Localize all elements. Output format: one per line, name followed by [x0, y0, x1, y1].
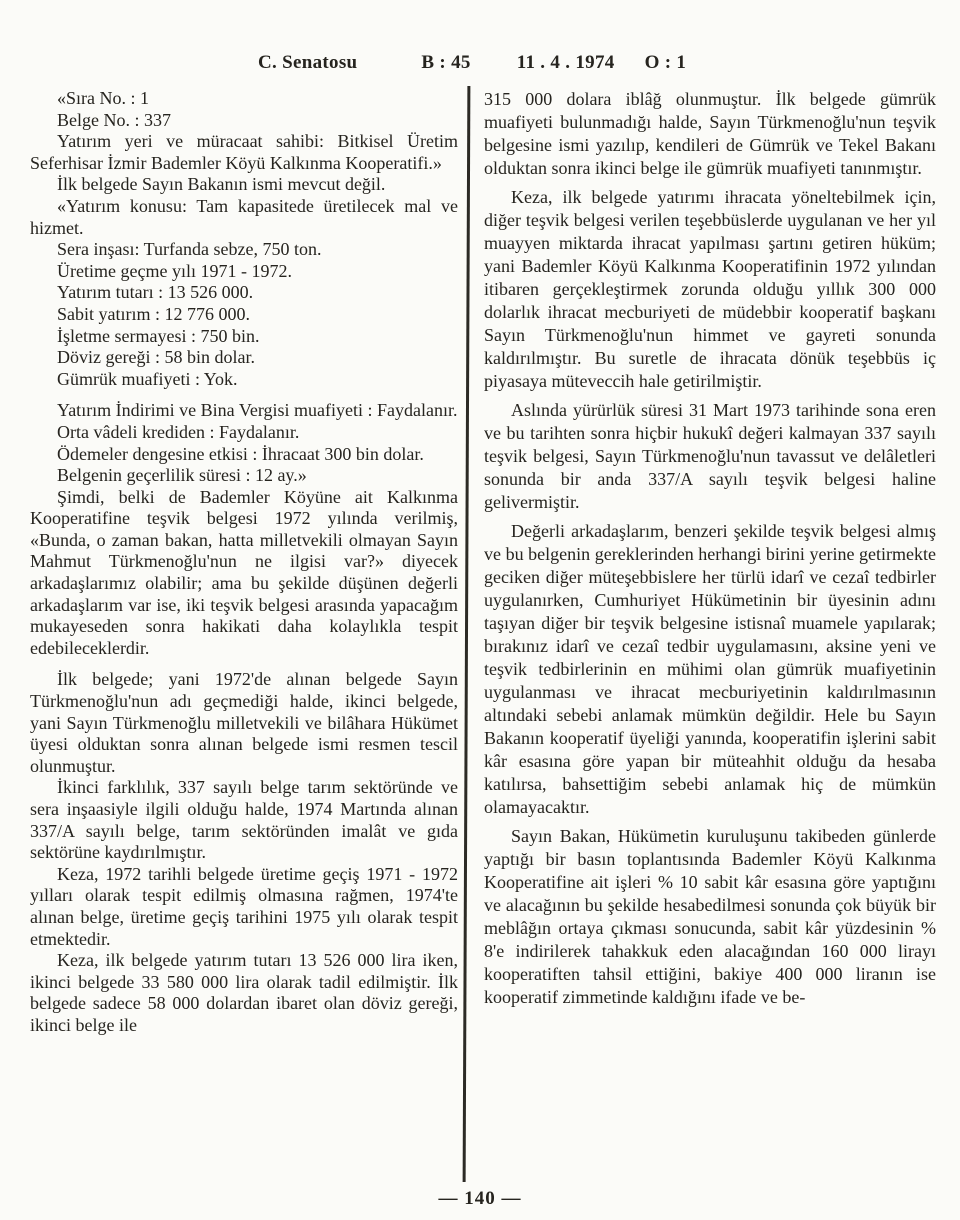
paragraph: İkinci farklılık, 337 sayılı belge tarım…	[30, 777, 458, 863]
scanned-document-page: C. Senatosu B : 45 11 . 4 . 1974 O : 1 «…	[0, 0, 960, 1220]
paragraph: Üretime geçme yılı 1971 - 1972.	[30, 261, 458, 283]
sitting-number: O : 1	[645, 52, 687, 74]
paragraph: Aslında yürürlük süresi 31 Mart 1973 tar…	[484, 399, 936, 514]
paragraph: Gümrük muafiyeti : Yok.	[30, 369, 458, 391]
paragraph: Sayın Bakan, Hükümetin kuruluşunu takibe…	[484, 825, 936, 1009]
paragraph: «Sıra No. : 1	[30, 88, 458, 110]
chamber-label: C. Senatosu	[258, 52, 357, 74]
paragraph: Yatırım tutarı : 13 526 000.	[30, 282, 458, 304]
paragraph: Ödemeler dengesine etkisi : İhracaat 300…	[30, 444, 458, 466]
page-number: — 140 —	[0, 1188, 960, 1210]
paragraph: İlk belgede; yani 1972'de alınan belgede…	[30, 669, 458, 777]
paragraph: Orta vâdeli krediden : Faydalanır.	[30, 422, 458, 444]
paragraph: Belgenin geçerlilik süresi : 12 ay.»	[30, 465, 458, 487]
paragraph: Belge No. : 337	[30, 110, 458, 132]
left-column: «Sıra No. : 1 Belge No. : 337 Yatırım ye…	[30, 88, 458, 1037]
paragraph: Yatırım İndirimi ve Bina Vergisi muafiye…	[30, 400, 458, 422]
paragraph: Sabit yatırım : 12 776 000.	[30, 304, 458, 326]
paragraph: Döviz gereği : 58 bin dolar.	[30, 347, 458, 369]
page-header: C. Senatosu B : 45 11 . 4 . 1974 O : 1	[258, 52, 686, 74]
paragraph: Şimdi, belki de Bademler Köyüne ait Kalk…	[30, 487, 458, 660]
paragraph: Yatırım yeri ve müracaat sahibi: Bitkise…	[30, 131, 458, 174]
paragraph: İlk belgede Sayın Bakanın ismi mevcut de…	[30, 174, 458, 196]
right-column: 315 000 dolara iblâğ olunmuştur. İlk bel…	[484, 88, 936, 1009]
session-number: B : 45	[421, 52, 470, 74]
paragraph: «Yatırım konusu: Tam kapasitede üretilec…	[30, 196, 458, 239]
session-date: 11 . 4 . 1974	[517, 52, 615, 74]
paragraph: 315 000 dolara iblâğ olunmuştur. İlk bel…	[484, 88, 936, 180]
paragraph: Keza, ilk belgede yatırımı ihracata yöne…	[484, 186, 936, 393]
paragraph: Keza, 1972 tarihli belgede üretime geçiş…	[30, 864, 458, 950]
column-divider-rule	[463, 86, 470, 1182]
paragraph: Değerli arkadaşlarım, benzeri şekilde te…	[484, 520, 936, 819]
paragraph: İşletme sermayesi : 750 bin.	[30, 326, 458, 348]
paragraph: Keza, ilk belgede yatırım tutarı 13 526 …	[30, 950, 458, 1036]
paragraph: Sera inşası: Turfanda sebze, 750 ton.	[30, 239, 458, 261]
